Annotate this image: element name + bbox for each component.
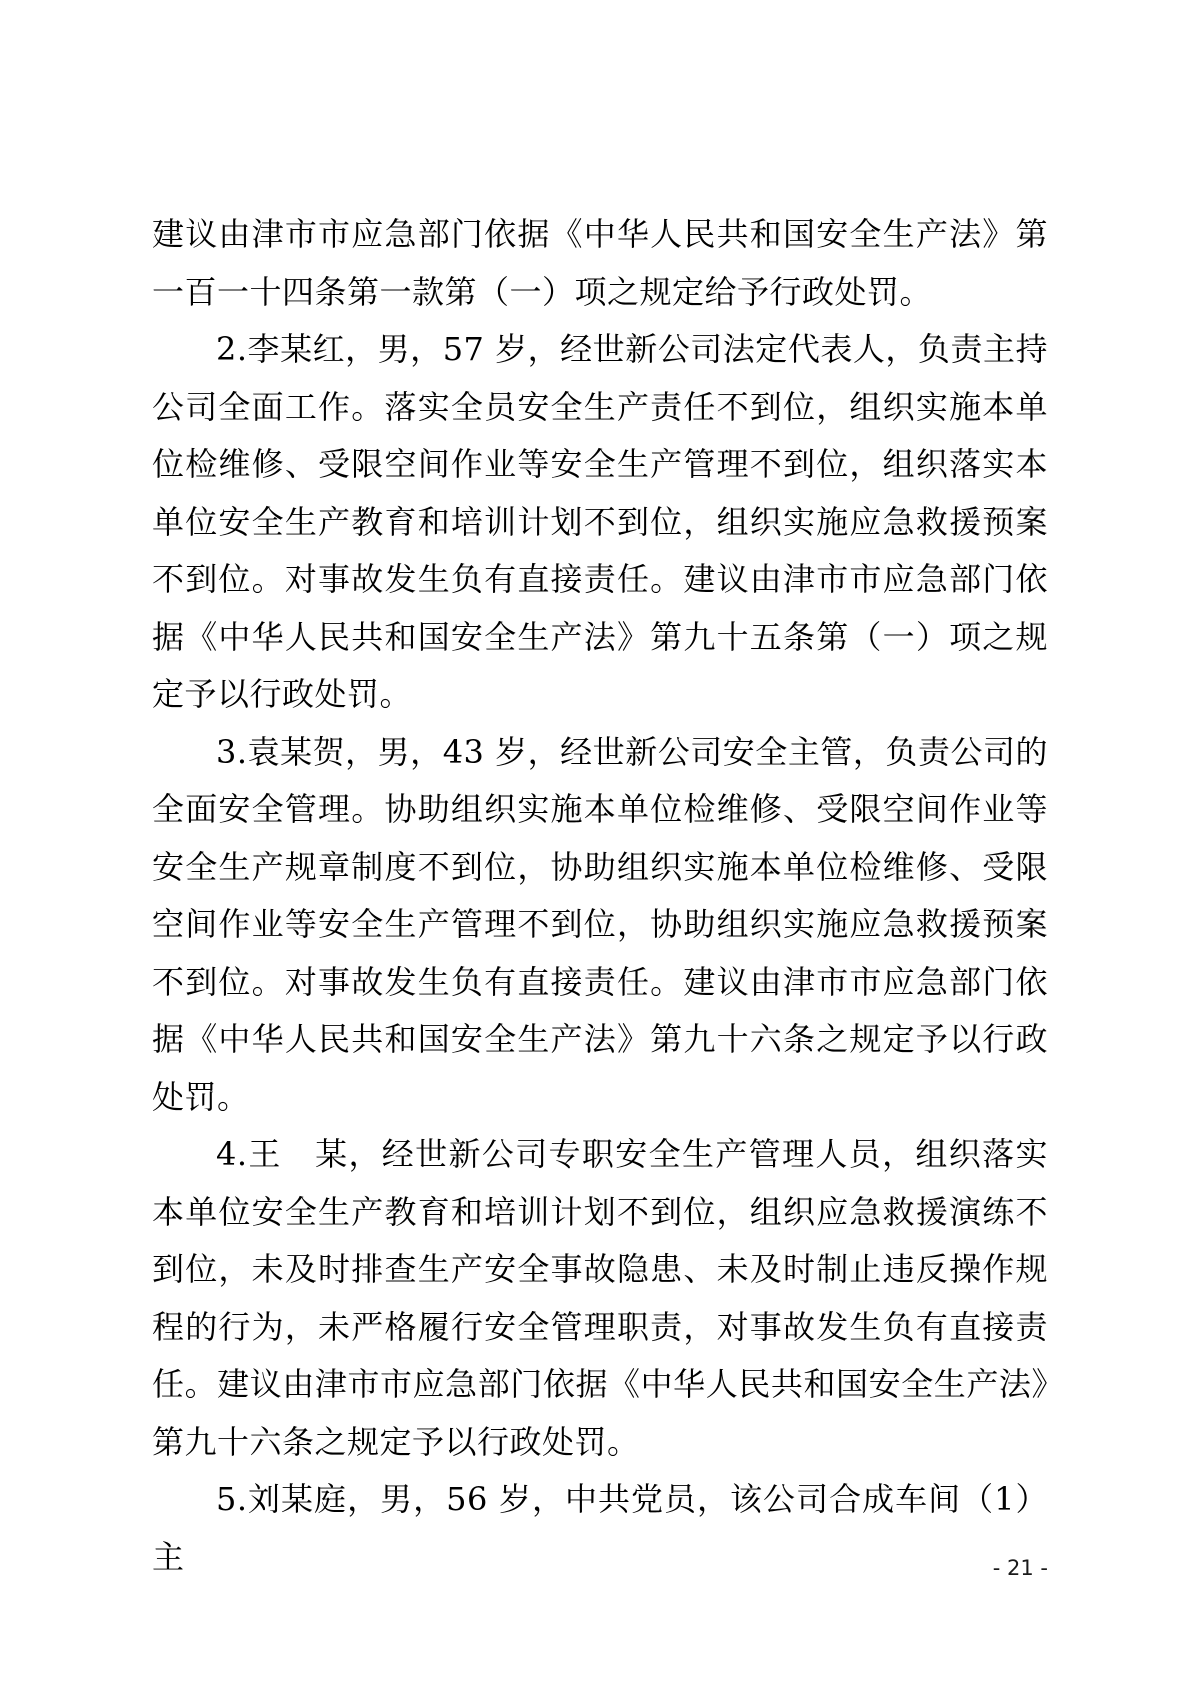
paragraph-item-2: 2.李某红，男，57 岁，经世新公司法定代表人，负责主持公司全面工作。落实全员安… bbox=[152, 321, 1048, 724]
paragraph-item-3: 3.袁某贺，男，43 岁，经世新公司安全主管，负责公司的全面安全管理。协助组织实… bbox=[152, 724, 1048, 1127]
paragraph-continuation: 建议由津市市应急部门依据《中华人民共和国安全生产法》第一百一十四条第一款第（一）… bbox=[152, 206, 1048, 321]
page-number: - 21 - bbox=[152, 1556, 1048, 1580]
paragraph-item-4: 4.王 某，经世新公司专职安全生产管理人员，组织落实本单位安全生产教育和培训计划… bbox=[152, 1126, 1048, 1471]
document-body: 建议由津市市应急部门依据《中华人民共和国安全生产法》第一百一十四条第一款第（一）… bbox=[152, 206, 1048, 1586]
document-page: 建议由津市市应急部门依据《中华人民共和国安全生产法》第一百一十四条第一款第（一）… bbox=[0, 0, 1190, 1683]
